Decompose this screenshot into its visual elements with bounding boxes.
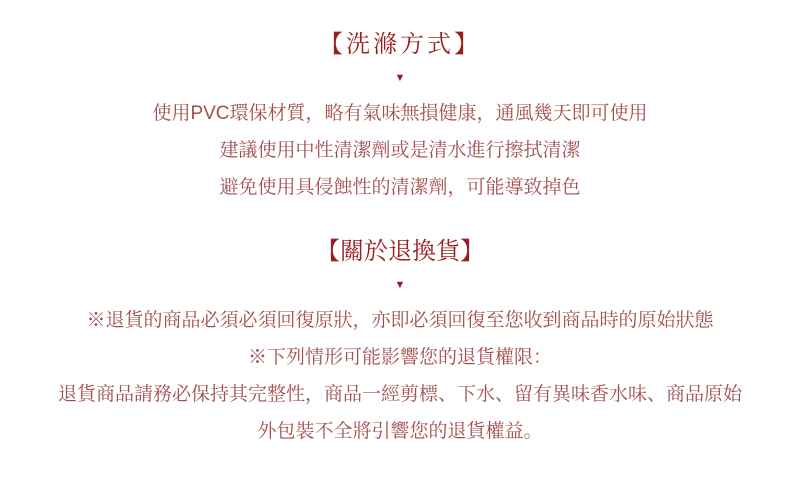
return-policy-section: 【關於退換貨】 ▼ ※退貨的商品必須必須回復原狀，亦即必須回復至您收到商品時的原…	[0, 237, 800, 450]
product-care-info-page: 【洗滌方式】 ▼ 使用PVC環保材質，略有氣味無損健康，通風幾天即可使用 建議使…	[0, 0, 800, 480]
return-policy-section-title: 【關於退換貨】	[0, 237, 800, 267]
washing-section-title: 【洗滌方式】	[0, 30, 800, 60]
return-policy-line: ※退貨的商品必須必須回復原狀，亦即必須回復至您收到商品時的原始狀態	[0, 302, 800, 339]
washing-instruction-line: 使用PVC環保材質，略有氣味無損健康，通風幾天即可使用	[0, 95, 800, 132]
washing-section-body: 使用PVC環保材質，略有氣味無損健康，通風幾天即可使用 建議使用中性清潔劑或是清…	[0, 95, 800, 206]
down-triangle-icon: ▼	[0, 280, 800, 291]
down-triangle-icon: ▼	[0, 73, 800, 84]
return-policy-line: 退貨商品請務必保持其完整性，商品一經剪標、下水、留有異味香水味、商品原始	[0, 376, 800, 413]
return-policy-line: 外包裝不全將引響您的退貨權益。	[0, 413, 800, 450]
return-policy-section-body: ※退貨的商品必須必須回復原狀，亦即必須回復至您收到商品時的原始狀態 ※下列情形可…	[0, 302, 800, 450]
return-policy-line: ※下列情形可能影響您的退貨權限：	[0, 339, 800, 376]
washing-instruction-line: 建議使用中性清潔劑或是清水進行擦拭清潔	[0, 132, 800, 169]
washing-instructions-section: 【洗滌方式】 ▼ 使用PVC環保材質，略有氣味無損健康，通風幾天即可使用 建議使…	[0, 0, 800, 206]
washing-instruction-line: 避免使用具侵蝕性的清潔劑，可能導致掉色	[0, 169, 800, 206]
